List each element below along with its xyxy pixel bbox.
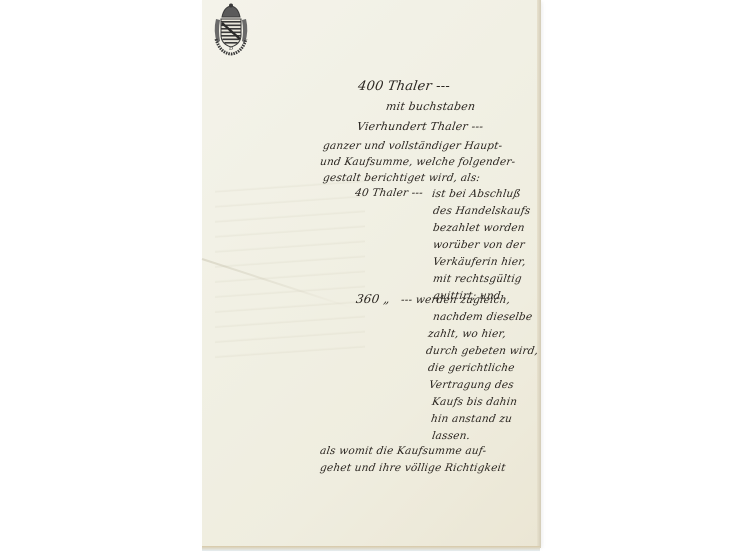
document-viewer: D 400 Thaler ---mit buchstabenVierhunder…	[0, 0, 740, 557]
handwritten-line: mit rechtsgültig	[432, 274, 522, 285]
svg-text:D: D	[229, 46, 233, 52]
handwritten-line: 400 Thaler ---	[357, 80, 451, 93]
handwritten-line: und Kaufsumme, welche folgender-	[319, 157, 516, 168]
handwritten-line: nachdem dieselbe	[432, 312, 533, 323]
handwritten-line: Vierhundert Thaler ---	[356, 121, 484, 132]
handwritten-line: bezahlet worden	[432, 223, 525, 234]
handwritten-line: mit buchstaben	[385, 101, 476, 112]
handwritten-line: durch gebeten wird,	[425, 346, 539, 357]
handwritten-line: Vertragung des	[428, 380, 514, 391]
handwritten-line: --- werden zugleich,	[400, 295, 511, 306]
handwritten-line: als womit die Kaufsumme auf-	[319, 446, 487, 457]
handwritten-line: ganzer und vollständiger Haupt-	[322, 141, 503, 152]
handwritten-line: 40 Thaler ---	[354, 188, 423, 199]
handwritten-line: die gerichtliche	[427, 363, 515, 374]
handwritten-line: Kaufs bis dahin	[431, 397, 518, 408]
handwritten-line: ist bei Abschluß	[431, 189, 521, 200]
handwritten-line: gestalt berichtiget wird, als:	[322, 173, 481, 184]
handwritten-line: hin anstand zu	[430, 414, 513, 425]
handwritten-line: lassen.	[431, 431, 471, 442]
handwritten-line: gehet und ihre völlige Richtigkeit	[319, 463, 506, 474]
page-edge	[537, 0, 541, 548]
coat-of-arms-stamp-icon: D	[210, 3, 252, 58]
handwritten-line: worüber von der	[432, 240, 525, 251]
handwritten-line: des Handelskaufs	[432, 206, 531, 217]
handwritten-line: 360 „	[355, 293, 391, 305]
handwritten-line: zahlt, wo hier,	[427, 329, 506, 340]
page-bottom-edge	[202, 546, 540, 551]
handwritten-line: Verkäuferin hier,	[432, 257, 526, 268]
